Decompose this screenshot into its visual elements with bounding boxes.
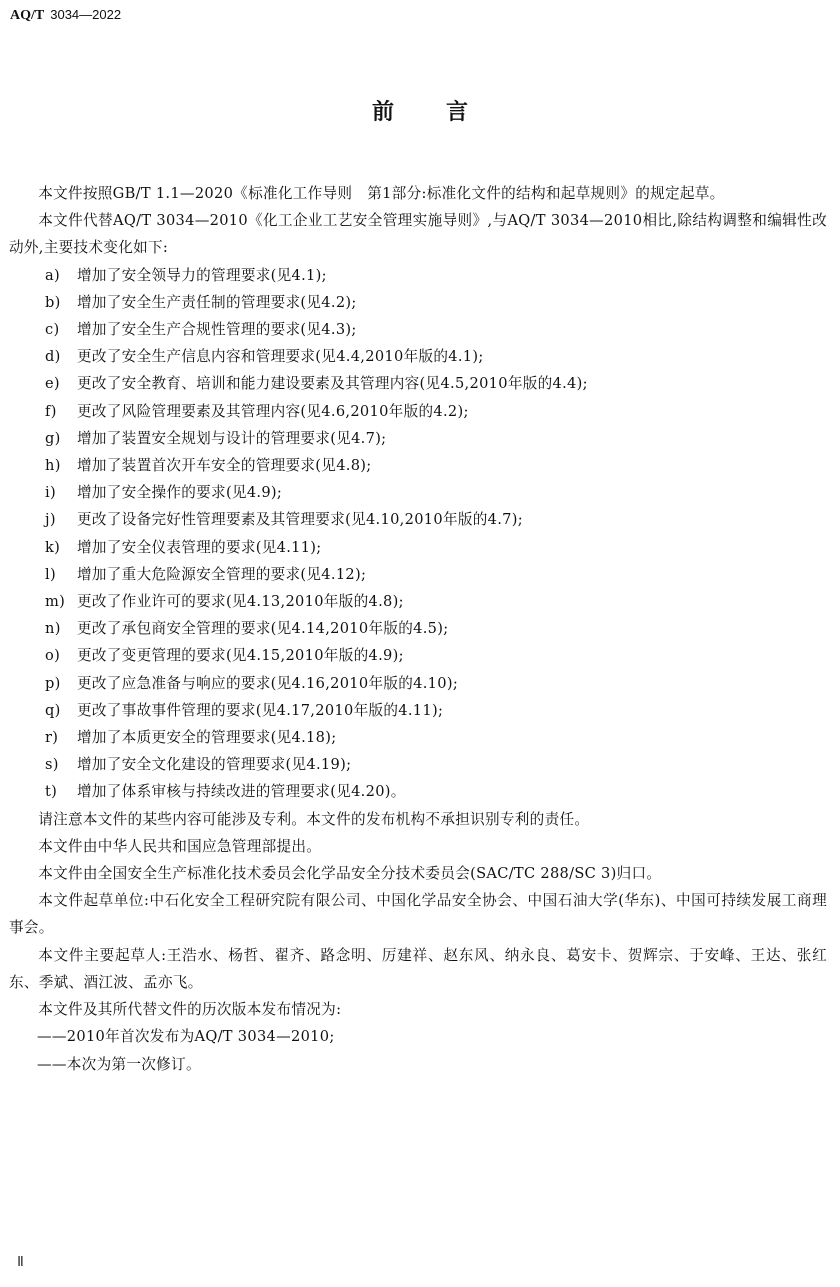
list-marker: q) <box>45 697 77 724</box>
list-marker: m) <box>45 588 77 615</box>
list-text: 增加了安全文化建设的管理要求(见4.19); <box>77 751 351 778</box>
list-text: 更改了事故事件管理的要求(见4.17,2010年版的4.11); <box>77 697 443 724</box>
list-marker: i) <box>45 479 77 506</box>
list-item: p)更改了应急准备与响应的要求(见4.16,2010年版的4.10); <box>9 670 827 697</box>
page-number: Ⅱ <box>17 1254 24 1271</box>
standard-number: 3034—2022 <box>50 7 121 22</box>
list-text: 更改了作业许可的要求(见4.13,2010年版的4.8); <box>77 588 404 615</box>
list-text: 增加了安全操作的要求(见4.9); <box>77 479 282 506</box>
list-item: o)更改了变更管理的要求(见4.15,2010年版的4.9); <box>9 642 827 669</box>
list-text: 增加了装置首次开车安全的管理要求(见4.8); <box>77 452 372 479</box>
list-item: d)更改了安全生产信息内容和管理要求(见4.4,2010年版的4.1); <box>9 343 827 370</box>
list-marker: t) <box>45 778 77 805</box>
list-item: g)增加了装置安全规划与设计的管理要求(见4.7); <box>9 425 827 452</box>
drafting-basis-paragraph: 本文件按照GB/T 1.1—2020《标准化工作导则 第1部分:标准化文件的结构… <box>9 180 827 207</box>
list-marker: l) <box>45 561 77 588</box>
list-text: 增加了安全生产合规性管理的要求(见4.3); <box>77 316 357 343</box>
list-item: s)增加了安全文化建设的管理要求(见4.19); <box>9 751 827 778</box>
list-item: j)更改了设备完好性管理要素及其管理要求(见4.10,2010年版的4.7); <box>9 506 827 533</box>
list-marker: g) <box>45 425 77 452</box>
list-marker: k) <box>45 534 77 561</box>
history-item: ——2010年首次发布为AQ/T 3034—2010; <box>9 1023 827 1050</box>
foreword-body: 本文件按照GB/T 1.1—2020《标准化工作导则 第1部分:标准化文件的结构… <box>9 180 827 1078</box>
list-item: k)增加了安全仪表管理的要求(见4.11); <box>9 534 827 561</box>
list-item: i)增加了安全操作的要求(见4.9); <box>9 479 827 506</box>
document-header: AQ/T3034—2022 <box>10 6 121 25</box>
list-marker: f) <box>45 398 77 425</box>
patent-notice: 请注意本文件的某些内容可能涉及专利。本文件的发布机构不承担识别专利的责任。 <box>9 806 827 833</box>
list-item: r)增加了本质更安全的管理要求(见4.18); <box>9 724 827 751</box>
proposed-by: 本文件由中华人民共和国应急管理部提出。 <box>9 833 827 860</box>
list-text: 更改了变更管理的要求(见4.15,2010年版的4.9); <box>77 642 404 669</box>
list-text: 增加了重大危险源安全管理的要求(见4.12); <box>77 561 366 588</box>
list-text: 更改了设备完好性管理要素及其管理要求(见4.10,2010年版的4.7); <box>77 506 523 533</box>
list-item: t)增加了体系审核与持续改进的管理要求(见4.20)。 <box>9 778 827 805</box>
list-item: a)增加了安全领导力的管理要求(见4.1); <box>9 262 827 289</box>
list-text: 增加了安全生产责任制的管理要求(见4.2); <box>77 289 357 316</box>
list-text: 更改了应急准备与响应的要求(见4.16,2010年版的4.10); <box>77 670 458 697</box>
list-marker: a) <box>45 262 77 289</box>
list-item: h)增加了装置首次开车安全的管理要求(见4.8); <box>9 452 827 479</box>
list-item: q)更改了事故事件管理的要求(见4.17,2010年版的4.11); <box>9 697 827 724</box>
list-item: f)更改了风险管理要素及其管理内容(见4.6,2010年版的4.2); <box>9 398 827 425</box>
changes-list: a)增加了安全领导力的管理要求(见4.1); b)增加了安全生产责任制的管理要求… <box>9 262 827 806</box>
list-marker: s) <box>45 751 77 778</box>
list-item: m)更改了作业许可的要求(见4.13,2010年版的4.8); <box>9 588 827 615</box>
list-text: 增加了本质更安全的管理要求(见4.18); <box>77 724 336 751</box>
replacement-paragraph: 本文件代替AQ/T 3034—2010《化工企业工艺安全管理实施导则》,与AQ/… <box>9 207 827 261</box>
list-text: 更改了安全生产信息内容和管理要求(见4.4,2010年版的4.1); <box>77 343 484 370</box>
list-text: 更改了风险管理要素及其管理内容(见4.6,2010年版的4.2); <box>77 398 469 425</box>
list-item: n)更改了承包商安全管理的要求(见4.14,2010年版的4.5); <box>9 615 827 642</box>
list-text: 更改了安全教育、培训和能力建设要素及其管理内容(见4.5,2010年版的4.4)… <box>77 370 588 397</box>
centralized-by: 本文件由全国安全生产标准化技术委员会化学品安全分技术委员会(SAC/TC 288… <box>9 860 827 887</box>
page-title: 前言 <box>0 96 840 130</box>
list-text: 增加了安全仪表管理的要求(见4.11); <box>77 534 322 561</box>
list-marker: j) <box>45 506 77 533</box>
list-marker: p) <box>45 670 77 697</box>
list-marker: c) <box>45 316 77 343</box>
list-marker: r) <box>45 724 77 751</box>
list-text: 更改了承包商安全管理的要求(见4.14,2010年版的4.5); <box>77 615 448 642</box>
list-marker: b) <box>45 289 77 316</box>
list-item: c)增加了安全生产合规性管理的要求(见4.3); <box>9 316 827 343</box>
list-text: 增加了装置安全规划与设计的管理要求(见4.7); <box>77 425 386 452</box>
list-marker: o) <box>45 642 77 669</box>
drafting-units: 本文件起草单位:中石化安全工程研究院有限公司、中国化学品安全协会、中国石油大学(… <box>9 887 827 941</box>
standard-code: AQ/T <box>10 8 44 23</box>
drafters: 本文件主要起草人:王浩水、杨哲、翟齐、路念明、厉建祥、赵东风、纳永良、葛安卡、贺… <box>9 942 827 996</box>
history-intro: 本文件及其所代替文件的历次版本发布情况为: <box>9 996 827 1023</box>
list-item: b)增加了安全生产责任制的管理要求(见4.2); <box>9 289 827 316</box>
list-marker: h) <box>45 452 77 479</box>
list-text: 增加了安全领导力的管理要求(见4.1); <box>77 262 327 289</box>
list-marker: e) <box>45 370 77 397</box>
list-item: l)增加了重大危险源安全管理的要求(见4.12); <box>9 561 827 588</box>
list-item: e)更改了安全教育、培训和能力建设要素及其管理内容(见4.5,2010年版的4.… <box>9 370 827 397</box>
history-item: ——本次为第一次修订。 <box>9 1051 827 1078</box>
list-marker: d) <box>45 343 77 370</box>
list-text: 增加了体系审核与持续改进的管理要求(见4.20)。 <box>77 778 406 805</box>
list-marker: n) <box>45 615 77 642</box>
